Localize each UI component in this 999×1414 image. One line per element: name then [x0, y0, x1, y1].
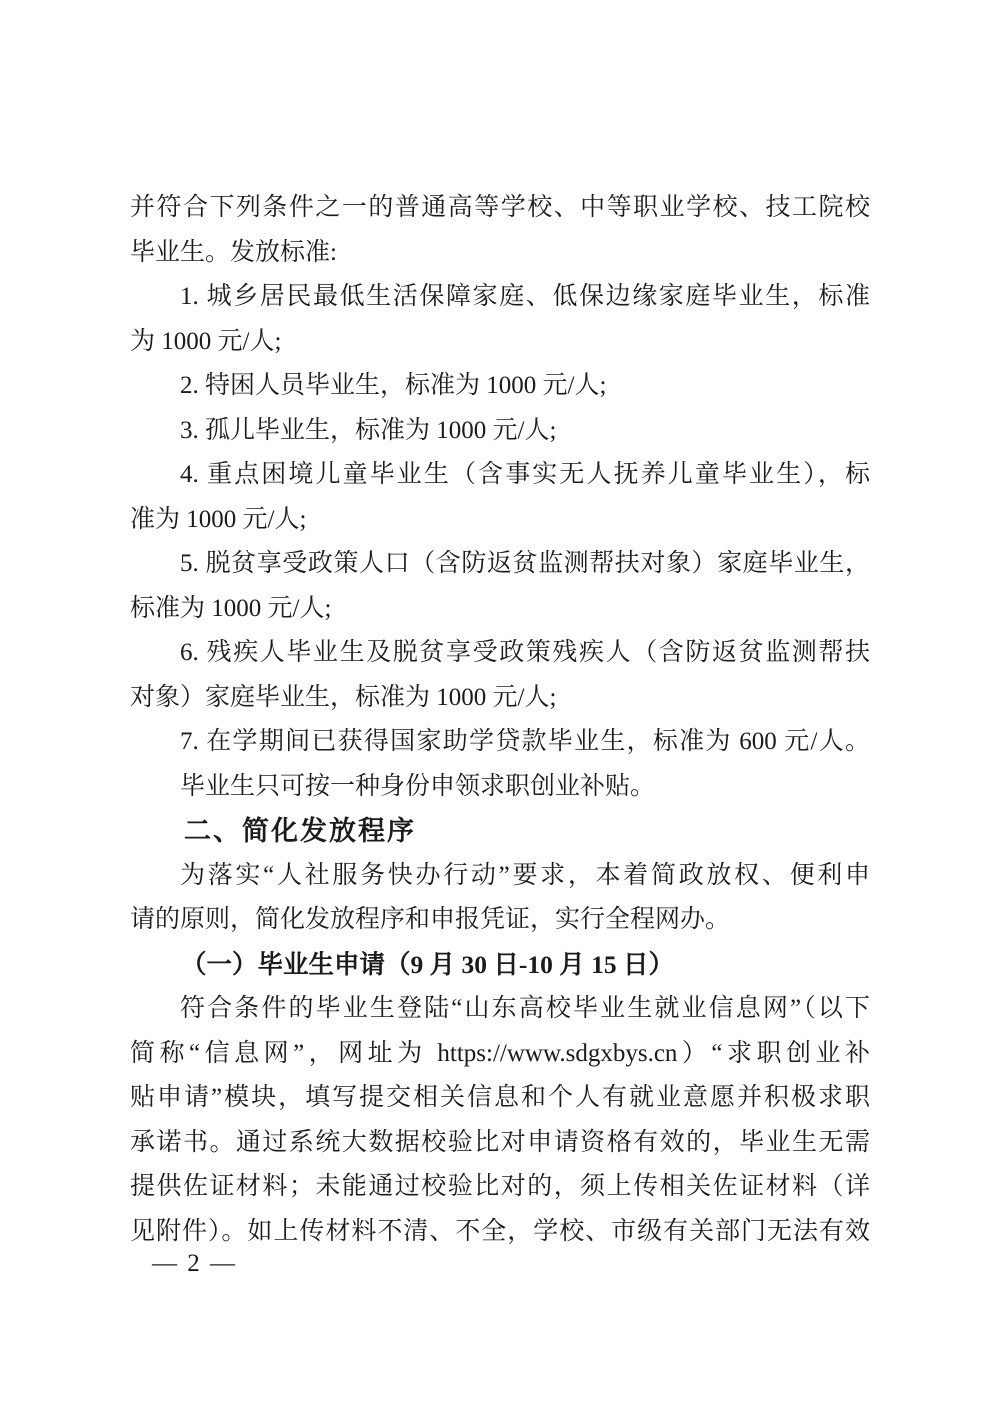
text-line: 毕业生。发放标准: [130, 231, 870, 276]
section-heading-2: 二、简化发放程序 [130, 809, 870, 854]
list-item-2: 2. 特困人员毕业生，标准为 1000 元/人; [130, 364, 870, 409]
text-line: 并符合下列条件之一的普通高等学校、中等职业学校、技工院校 [130, 186, 870, 231]
list-item-6-cont: 对象）家庭毕业生，标准为 1000 元/人; [130, 676, 870, 721]
list-item-1-cont: 为 1000 元/人; [130, 320, 870, 365]
text-line: 承诺书。通过系统大数据校验比对申请资格有效的，毕业生无需 [130, 1121, 870, 1166]
text-line: 请的原则，简化发放程序和申报凭证，实行全程网办。 [130, 898, 870, 943]
list-item-5: 5. 脱贫享受政策人口（含防返贫监测帮扶对象）家庭毕业生， [130, 542, 870, 587]
text-line: 提供佐证材料；未能通过校验比对的，须上传相关佐证材料（详 [130, 1165, 870, 1210]
text-line: 毕业生只可按一种身份申领求职创业补贴。 [130, 765, 870, 810]
subsection-heading-1: （一）毕业生申请（9 月 30 日-10 月 15 日） [130, 943, 870, 988]
text-line: 为落实“人社服务快办行动”要求，本着简政放权、便利申 [130, 854, 870, 899]
list-item-3: 3. 孤儿毕业生，标准为 1000 元/人; [130, 409, 870, 454]
list-item-4: 4. 重点困境儿童毕业生（含事实无人抚养儿童毕业生），标 [130, 453, 870, 498]
list-item-5-cont: 标准为 1000 元/人; [130, 587, 870, 632]
text-line: 符合条件的毕业生登陆“山东高校毕业生就业信息网”（以下 [130, 987, 870, 1032]
document-body: 并符合下列条件之一的普通高等学校、中等职业学校、技工院校 毕业生。发放标准: 1… [130, 186, 870, 1254]
document-page: 并符合下列条件之一的普通高等学校、中等职业学校、技工院校 毕业生。发放标准: 1… [0, 0, 999, 1414]
text-line-with-url: 简称“信息网”，网址为 https://www.sdgxbys.cn）“求职创业… [130, 1032, 870, 1077]
list-item-6: 6. 残疾人毕业生及脱贫享受政策残疾人（含防返贫监测帮扶 [130, 631, 870, 676]
list-item-4-cont: 准为 1000 元/人; [130, 498, 870, 543]
text-line: 贴申请”模块，填写提交相关信息和个人有就业意愿并积极求职 [130, 1076, 870, 1121]
list-item-1: 1. 城乡居民最低生活保障家庭、低保边缘家庭毕业生，标准 [130, 275, 870, 320]
list-item-7: 7. 在学期间已获得国家助学贷款毕业生，标准为 600 元/人。 [130, 720, 870, 765]
page-number: — 2 — [130, 1242, 870, 1287]
